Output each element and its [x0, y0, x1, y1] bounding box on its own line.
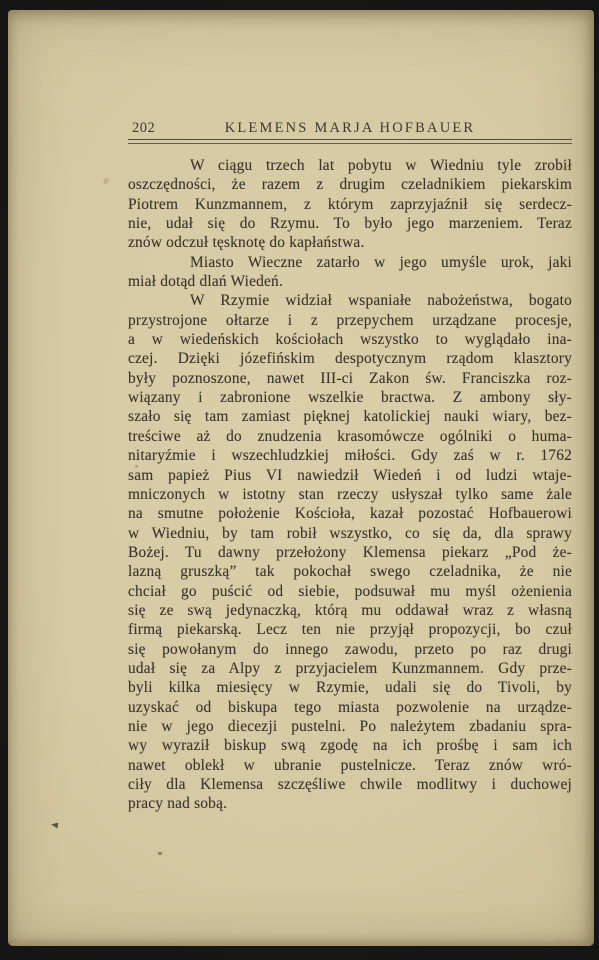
text-line: nitaryźmie i wszechludzkiej miłości. Gdy… [128, 446, 572, 465]
text-line: szało się tam zamiast pięknej katolickie… [128, 407, 572, 426]
paragraph: Miasto Wieczne zatarło w jego umyśle uro… [128, 253, 572, 292]
text-line: się ze swą jedynaczką, którą mu oddawał … [128, 601, 572, 620]
text-line: W ciągu trzech lat pobytu w Wiedniu tyle… [128, 156, 572, 175]
text-line: lazną gruszką” tak pokochał swego czelad… [128, 562, 572, 581]
text-line: W Rzymie widział wspaniałe nabożeństwa, … [128, 291, 572, 310]
scan-background: 202 KLEMENS MARJA HOFBAUER W ciągu trzec… [0, 0, 599, 960]
ink-speck [51, 822, 59, 829]
text-line: miał dotąd dlań Wiedeń. [128, 272, 572, 291]
text-line: Piotrem Kunzmannem, z którym zaprzyjaźni… [128, 195, 572, 214]
text-line: pracy nad sobą. [128, 794, 572, 813]
text-line: przystrojone ołtarze i z przepychem urzą… [128, 311, 572, 330]
text-line: w Wiedniu, by tam robił wszystko, co się… [128, 524, 572, 543]
ink-speck [135, 465, 138, 468]
ink-speck [103, 177, 110, 184]
text-line: chciał go puścić od siebie, podsuwał mu … [128, 582, 572, 601]
text-line: a w wiedeńskich kościołach wszystko to w… [128, 330, 572, 349]
ink-speck [158, 852, 162, 855]
text-line: nie, udał się do Rzymu. To było jego mar… [128, 214, 572, 233]
text-line: Miasto Wieczne zatarło w jego umyśle uro… [128, 253, 572, 272]
text-line: nie w jego diecezji pustelni. Po należyt… [128, 717, 572, 736]
text-line: uzyskać od biskupa tego miasta pozwoleni… [128, 698, 572, 717]
paragraph: W Rzymie widział wspaniałe nabożeństwa, … [128, 291, 572, 813]
text-line: były poznoszone, nawet III-ci Zakon św. … [128, 369, 572, 388]
running-title: KLEMENS MARJA HOFBAUER [128, 120, 572, 137]
paragraph: W ciągu trzech lat pobytu w Wiedniu tyle… [128, 156, 572, 253]
text-line: znów odczuł tęsknotę do kapłaństwa. [128, 233, 572, 252]
book-page: 202 KLEMENS MARJA HOFBAUER W ciągu trzec… [8, 10, 594, 946]
text-line: Bożej. Tu dawny przełożony Klemensa piek… [128, 543, 572, 562]
text-line: czej. Dzięki józefińskim despotycznym rz… [128, 349, 572, 368]
text-line: treściwe aż do znudzenia krasomówcze ogó… [128, 427, 572, 446]
text-line: się powołanym do innego zawodu, przeto p… [128, 640, 572, 659]
text-line: firmą piekarską. Lecz ten nie przyjął pr… [128, 620, 572, 639]
text-line: ciły dla Klemensa szczęśliwe chwile modl… [128, 775, 572, 794]
text-line: wy wyraził biskup swą zgodę na ich prośb… [128, 736, 572, 755]
text-line: byli kilka miesięcy w Rzymie, udali się … [128, 678, 572, 697]
text-line: na smutne położenie Kościoła, kazał pozo… [128, 504, 572, 523]
text-line: udał się za Alpy z przyjacielem Kunzmann… [128, 659, 572, 678]
ink-speck [508, 267, 511, 270]
text-line: mniczonych w istotny stan rzeczy usłysza… [128, 485, 572, 504]
text-line: oszczędności, że razem z drugim czeladni… [128, 175, 572, 194]
text-line: sam papież Pius VI nawiedził Wiedeń i od… [128, 466, 572, 485]
text-line: wiązany i zabronione wszelkie bractwa. Z… [128, 388, 572, 407]
body-text: W ciągu trzech lat pobytu w Wiedniu tyle… [128, 156, 572, 814]
text-line: nawet oblekł w ubranie pustelnicze. Tera… [128, 756, 572, 775]
header-rule [128, 139, 572, 144]
